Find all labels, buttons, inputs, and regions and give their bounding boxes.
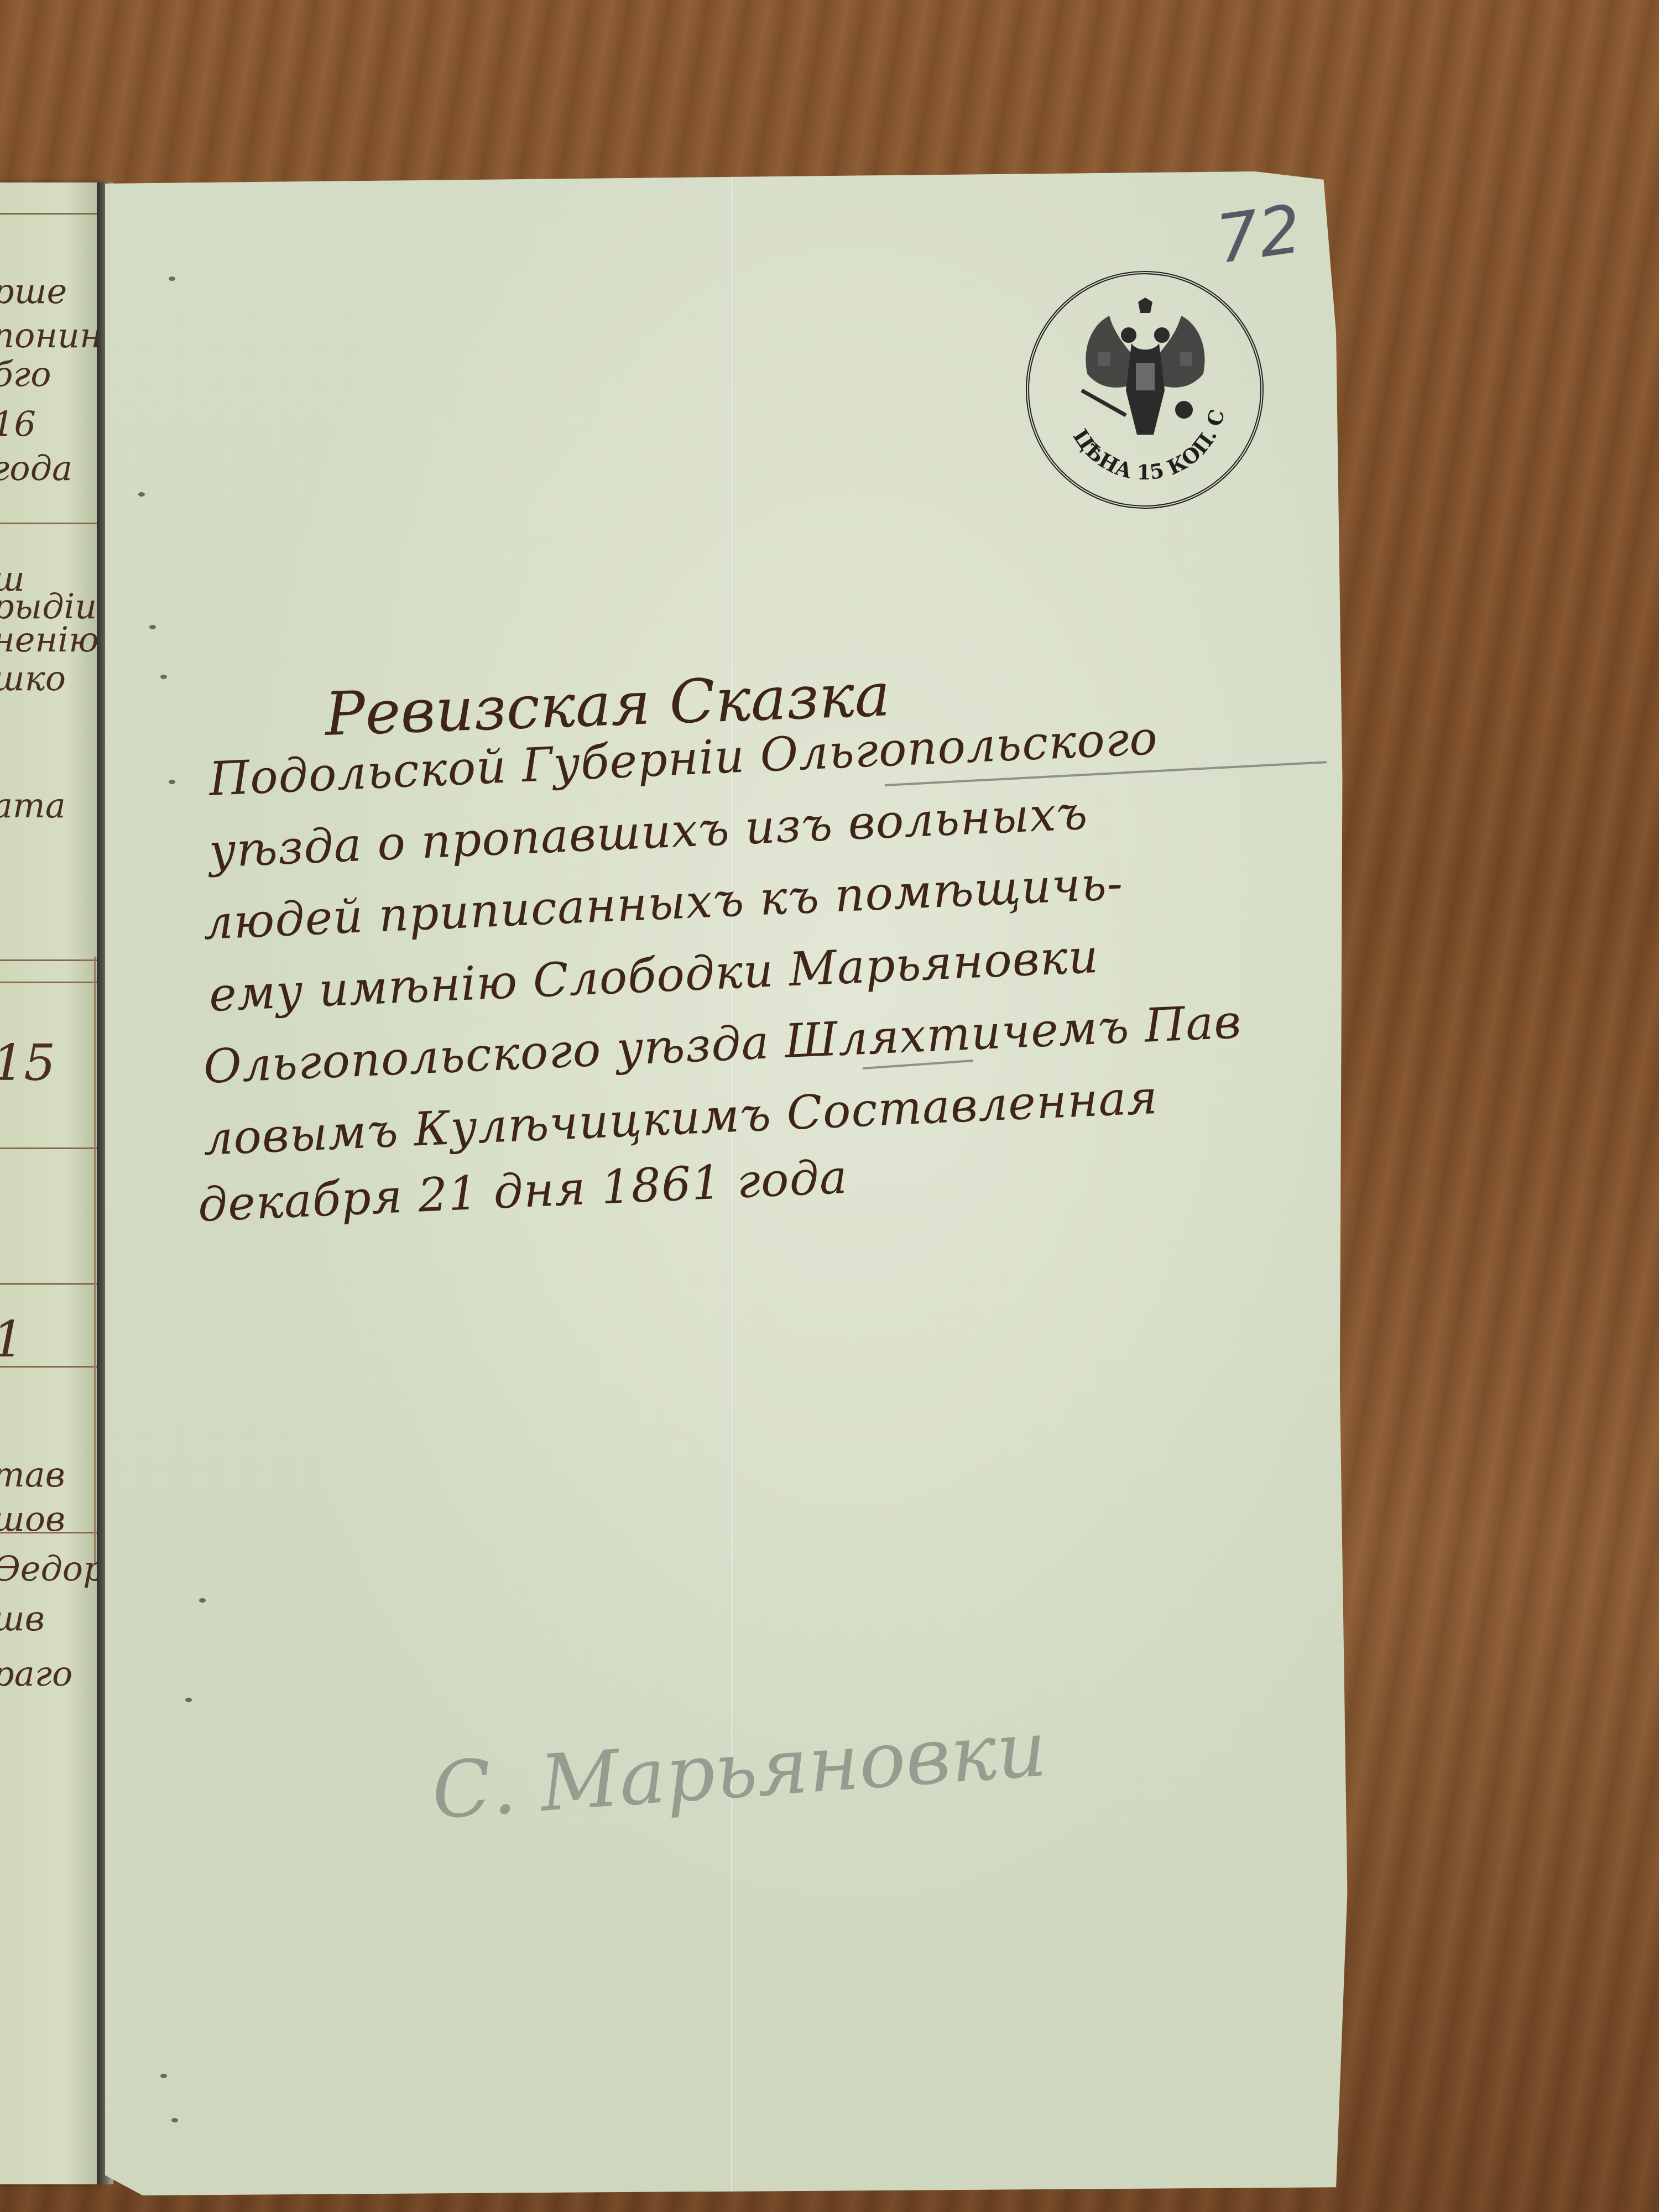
left-fragment: тав — [0, 1454, 65, 1495]
table-rule — [0, 213, 100, 215]
table-rule — [0, 959, 100, 961]
archival-page-number: 72 — [1212, 191, 1306, 279]
binding-hole — [160, 675, 167, 679]
left-fragment: бго — [0, 354, 51, 394]
left-fragment: года — [0, 448, 72, 488]
left-fragment: рше — [0, 271, 67, 311]
table-rule — [0, 1283, 100, 1285]
left-fragment: понин — [0, 315, 102, 356]
left-fragment: ненію — [0, 619, 99, 660]
binding-hole — [138, 492, 145, 497]
binding-hole — [149, 625, 156, 629]
binding-hole — [199, 1598, 206, 1603]
table-rule — [0, 982, 100, 983]
left-fragment: ата — [0, 785, 66, 826]
table-vertical-rule — [94, 957, 96, 1565]
stamp-price-text: ЦѢНА 15 КОП. СЕР. — [1029, 274, 1260, 505]
binding-hole — [171, 2118, 178, 2122]
left-fragment: шв — [0, 1598, 45, 1639]
svg-text:ЦѢНА 15 КОП. СЕР.: ЦѢНА 15 КОП. СЕР. — [1029, 274, 1229, 484]
table-rule — [0, 523, 100, 524]
left-fragment: раго — [0, 1653, 72, 1694]
binding-hole — [169, 780, 175, 784]
left-fragment: 1 — [0, 1311, 24, 1369]
left-fragment: шов — [0, 1499, 65, 1539]
table-rule — [0, 1147, 100, 1149]
left-facing-page: рше понин бго 16 года ш рыдіи ненію шко … — [0, 182, 100, 2184]
binding-hole — [169, 276, 175, 281]
left-fragment: 16 — [0, 404, 36, 444]
left-fragment: Ѳедор — [0, 1548, 105, 1589]
binding-hole — [160, 2074, 167, 2078]
tax-stamp: ЦѢНА 15 КОП. СЕР. — [1026, 271, 1264, 509]
left-fragment: 15 — [0, 1034, 56, 1092]
binding-hole — [185, 1698, 192, 1702]
left-fragment: шко — [0, 658, 66, 698]
